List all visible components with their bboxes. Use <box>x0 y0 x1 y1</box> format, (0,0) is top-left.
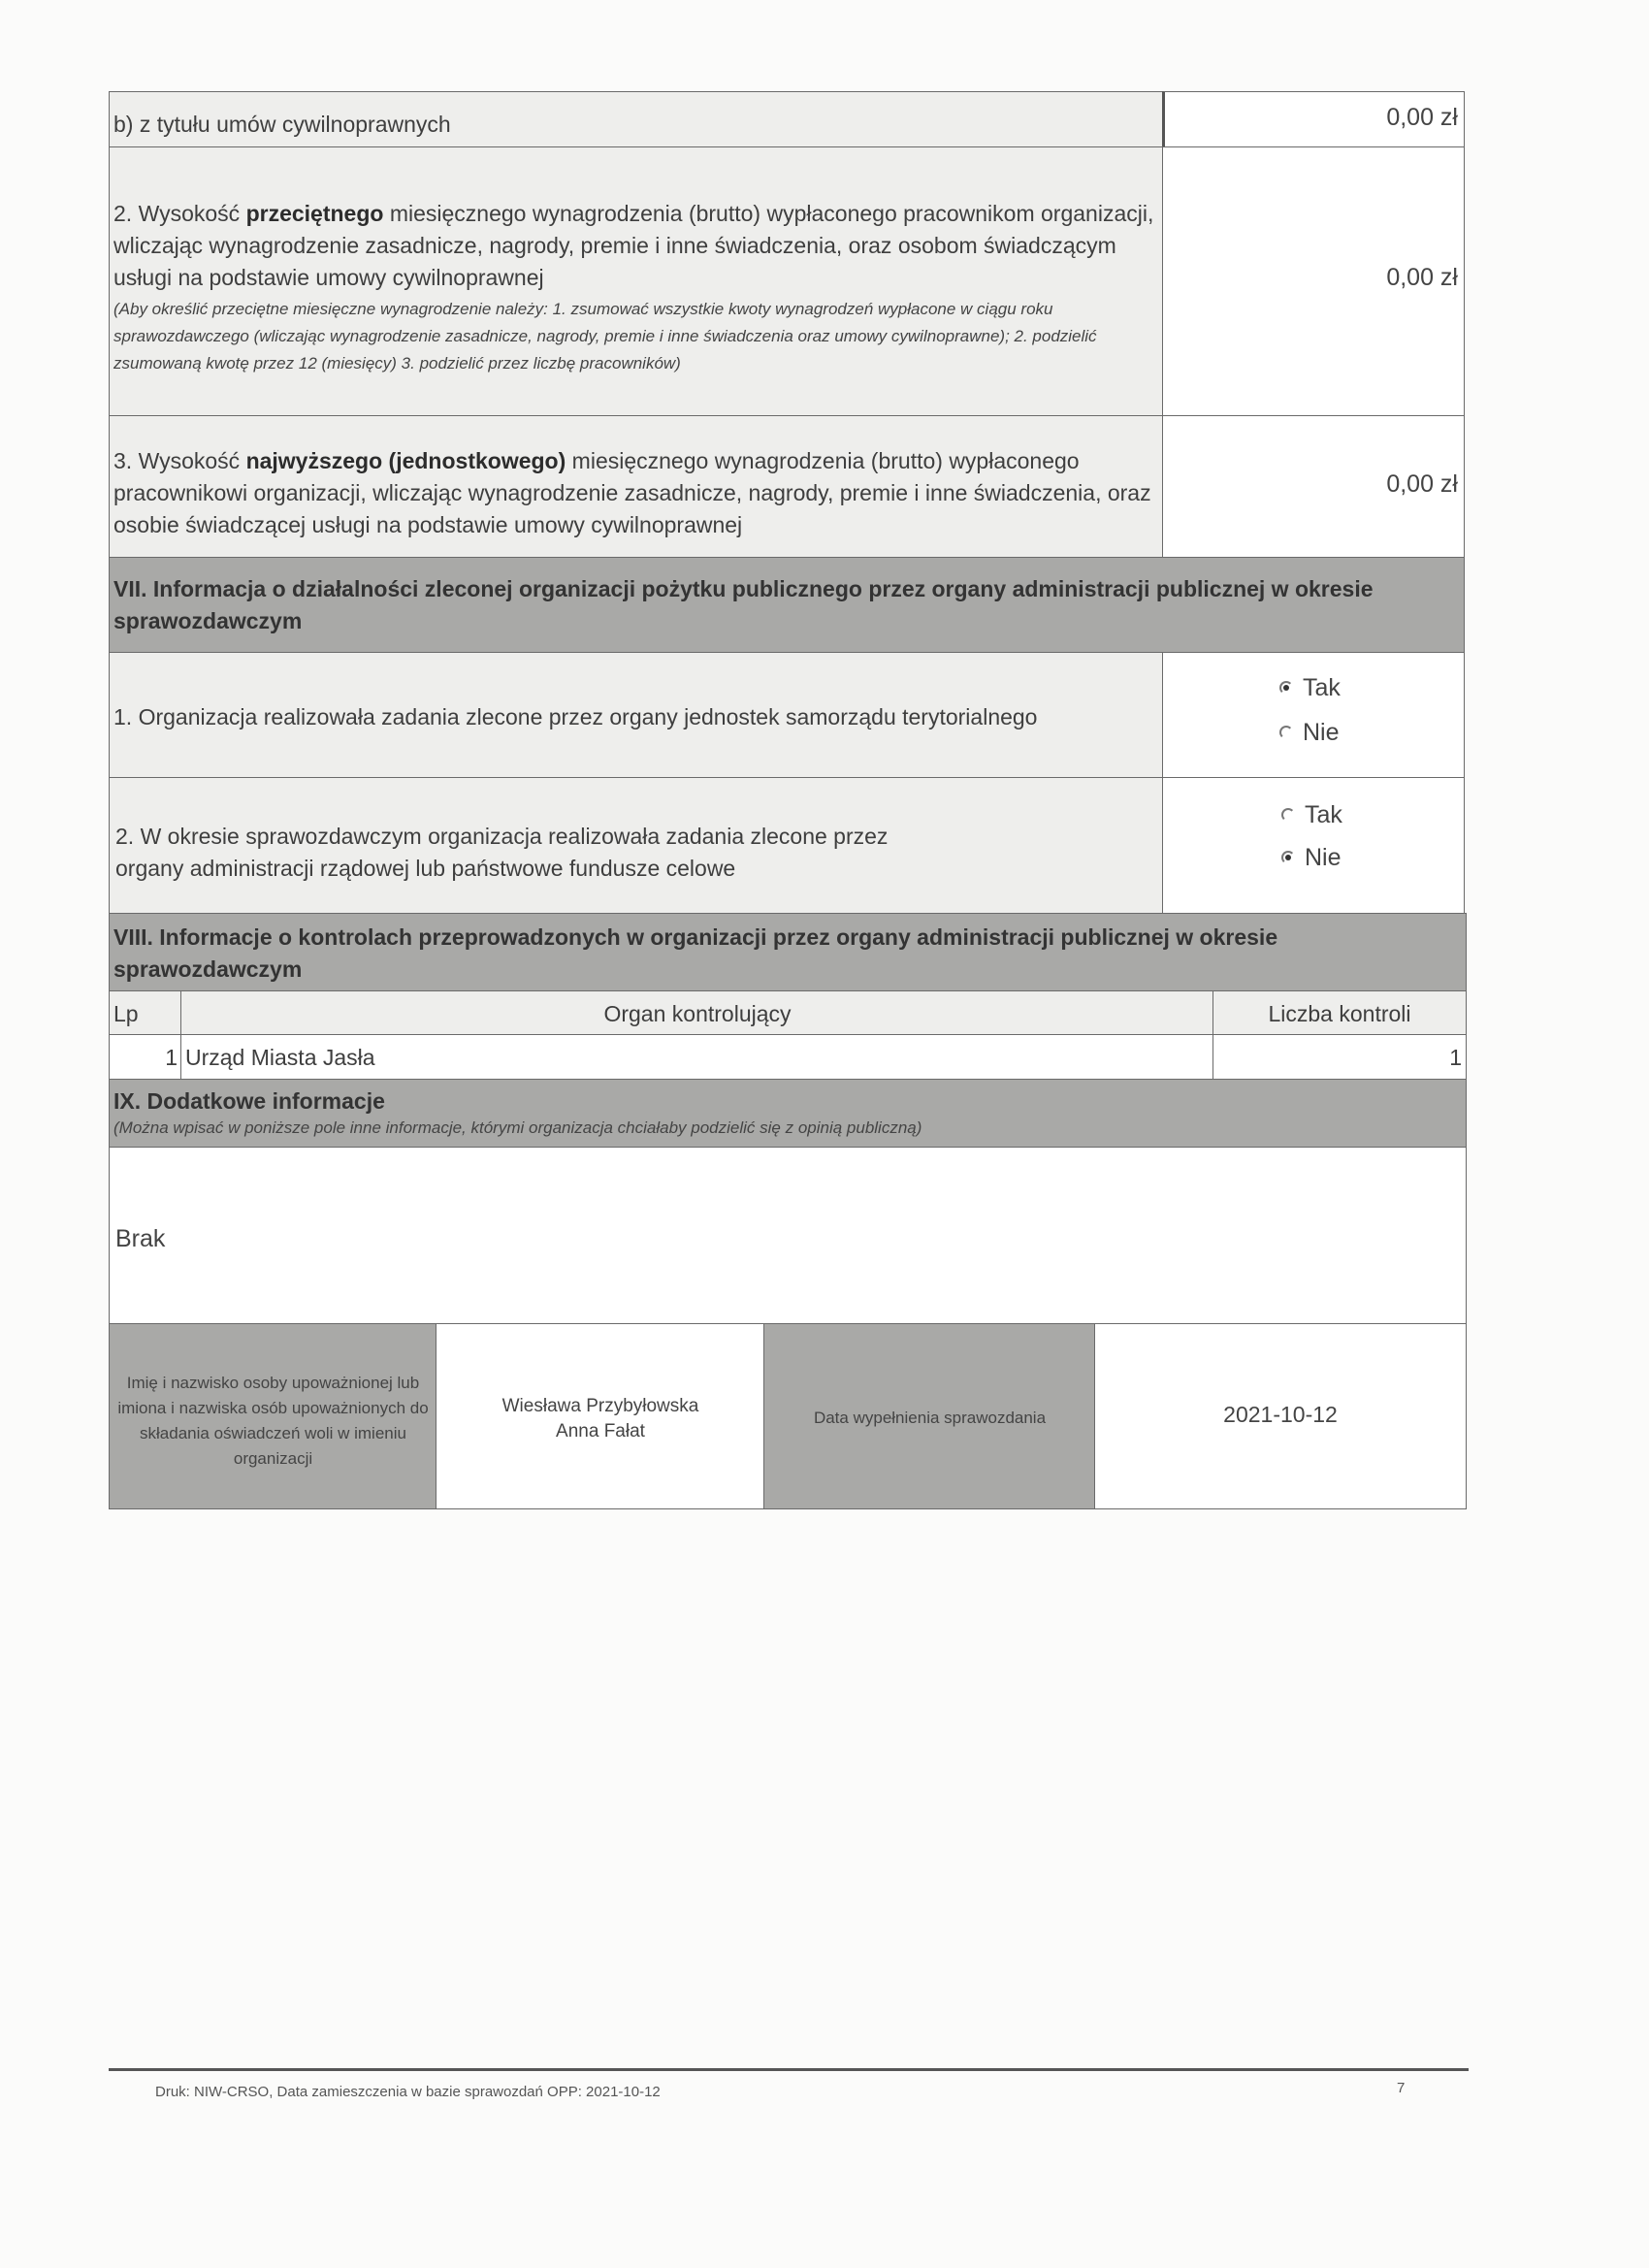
row-2-note: (Aby określić przeciętne miesięczne wyna… <box>113 296 1155 377</box>
radio-unchecked-icon <box>1279 726 1293 739</box>
viii-row-organ: Urząd Miasta Jasła <box>180 1034 1214 1081</box>
vii-q2-label: 2. W okresie sprawozdawczym organizacja … <box>110 778 1163 885</box>
radio-label: Nie <box>1305 844 1342 872</box>
col-organ-label: Organ kontrolujący <box>181 991 1213 1030</box>
section-ix-title: IX. Dodatkowe informacje <box>110 1080 1466 1118</box>
radio-label: Nie <box>1303 719 1340 747</box>
section-vii-title: VII. Informacja o działalności zleconej … <box>110 558 1464 637</box>
viii-col-count: Liczba kontroli <box>1212 990 1467 1036</box>
col-count-label: Liczba kontroli <box>1213 991 1466 1030</box>
row-b-label-cell: b) z tytułu umów cywilnoprawnych <box>109 91 1164 148</box>
row-lp: 1 <box>110 1035 181 1074</box>
date-value: 2021-10-12 <box>1095 1324 1466 1428</box>
row-3-value: 0,00 zł <box>1163 416 1464 499</box>
persons-label: Imię i nazwisko osoby upoważnionej lub i… <box>110 1324 436 1472</box>
row-b-value: 0,00 zł <box>1165 92 1464 132</box>
vii-q1-radio-tak[interactable]: Tak <box>1279 670 1464 705</box>
row-2-label-cell: 2. Wysokość przeciętnego miesięcznego wy… <box>109 146 1164 417</box>
viii-col-lp: Lp <box>109 990 182 1036</box>
row-2-prefix: 2. Wysokość <box>113 201 246 226</box>
viii-row-count: 1 <box>1212 1034 1467 1081</box>
row-3-prefix: 3. Wysokość <box>113 448 246 473</box>
row-b-value-cell: 0,00 zł <box>1162 91 1465 148</box>
row-3-label: 3. Wysokość najwyższego (jednostkowego) … <box>110 416 1163 541</box>
radio-label: Tak <box>1303 674 1341 702</box>
vii-q2-options-cell: Tak Nie <box>1162 777 1465 915</box>
row-2-label: 2. Wysokość przeciętnego miesięcznego wy… <box>113 198 1155 294</box>
vii-q2-radio-tak[interactable]: Tak <box>1281 797 1464 832</box>
row-2-value: 0,00 zł <box>1163 147 1464 292</box>
viii-col-organ: Organ kontrolujący <box>180 990 1214 1036</box>
col-lp-label: Lp <box>110 991 181 1030</box>
row-2-bold: przeciętnego <box>246 201 384 226</box>
section-viii-header: VIII. Informacje o kontrolach przeprowad… <box>109 913 1467 992</box>
radio-unchecked-icon <box>1281 808 1295 822</box>
section-ix-header: IX. Dodatkowe informacje (Można wpisać w… <box>109 1079 1467 1149</box>
radio-label: Tak <box>1305 801 1342 829</box>
row-b-label: b) z tytułu umów cywilnoprawnych <box>110 92 1163 141</box>
row-2-value-cell: 0,00 zł <box>1162 146 1465 417</box>
section-ix-content: Brak <box>110 1148 1466 1253</box>
section-ix-content-cell: Brak <box>109 1147 1467 1325</box>
vii-q1-label-cell: 1. Organizacja realizowała zadania zleco… <box>109 652 1164 779</box>
row-3-value-cell: 0,00 zł <box>1162 415 1465 559</box>
persons-value-cell: Wiesława Przybyłowska Anna Fałat <box>436 1323 765 1509</box>
row-3-label-cell: 3. Wysokość najwyższego (jednostkowego) … <box>109 415 1164 559</box>
person-2: Anna Fałat <box>436 1419 764 1444</box>
page-number: 7 <box>1397 2080 1405 2096</box>
persons-label-cell: Imię i nazwisko osoby upoważnionej lub i… <box>109 1323 437 1509</box>
section-ix-subtitle: (Można wpisać w poniższe pole inne infor… <box>110 1118 1466 1139</box>
person-1: Wiesława Przybyłowska <box>436 1394 764 1419</box>
persons-value: Wiesława Przybyłowska Anna Fałat <box>436 1324 764 1444</box>
radio-checked-icon <box>1279 681 1293 695</box>
date-label: Data wypełnienia sprawozdania <box>764 1324 1095 1431</box>
footer-rule <box>109 2068 1469 2071</box>
vii-q1-options-cell: Tak Nie <box>1162 652 1465 779</box>
section-viii-title: VIII. Informacje o kontrolach przeprowad… <box>110 914 1466 986</box>
viii-row-lp: 1 <box>109 1034 182 1081</box>
row-organ: Urząd Miasta Jasła <box>181 1035 1213 1074</box>
radio-checked-icon <box>1281 851 1295 864</box>
vii-q1-radio-nie[interactable]: Nie <box>1279 715 1464 750</box>
vii-q2-radio-nie[interactable]: Nie <box>1281 840 1464 875</box>
footer-text: Druk: NIW-CRSO, Data zamieszczenia w baz… <box>155 2084 661 2100</box>
vii-q2-label-cell: 2. W okresie sprawozdawczym organizacja … <box>109 777 1164 915</box>
section-vii-header: VII. Informacja o działalności zleconej … <box>109 557 1465 654</box>
row-3-bold: najwyższego (jednostkowego) <box>246 448 566 473</box>
date-label-cell: Data wypełnienia sprawozdania <box>763 1323 1096 1509</box>
date-value-cell: 2021-10-12 <box>1094 1323 1467 1509</box>
row-count: 1 <box>1213 1035 1466 1074</box>
vii-q1-label: 1. Organizacja realizowała zadania zleco… <box>110 653 1163 733</box>
